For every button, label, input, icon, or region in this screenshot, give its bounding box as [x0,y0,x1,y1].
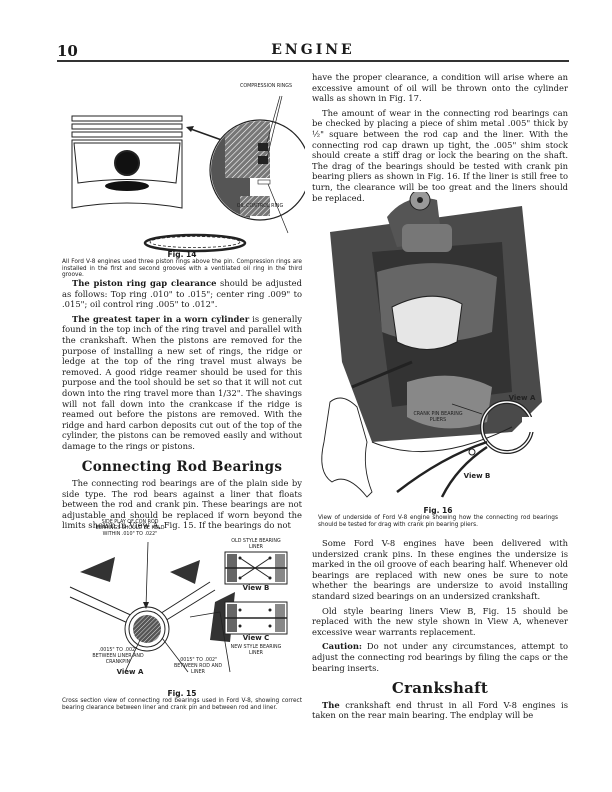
fig15-caption: Cross section view of connecting rod bea… [62,698,302,711]
fig14-caption: All Ford V-8 engines used three piston r… [62,259,302,279]
label-old-style: OLD STYLE BEARING LINER [228,539,284,551]
left-column-text: The piston ring gap clearance should be … [62,278,302,535]
label-side-play: SIDE PLAY OF CON ROD BEARINGS SHOULD BE … [90,520,170,537]
old-style-liners-paragraph: Old style bearing liners View B, Fig. 15… [312,606,568,638]
label-fig15-view-b: View B [236,586,276,592]
label-oil-control-ring: OIL CONTROL RING [220,204,300,210]
fig15-title: Fig. 15 [62,689,302,698]
page-header: 10 ENGINE [57,42,569,62]
running-head: ENGINE [257,42,369,58]
label-fig15-view-c: View C [236,636,276,642]
label-fig16-view-a: View A [502,396,542,402]
section-title-connecting-rod-bearings: Connecting Rod Bearings [62,462,302,473]
page-number: 10 [57,42,78,60]
piston-diagram-icon [60,78,305,253]
right-column-top-text: have the proper clearance, a condition w… [312,72,568,207]
clearance-continuation: have the proper clearance, a condition w… [312,72,568,104]
wear-check-paragraph: The amount of wear in the connecting rod… [312,108,568,203]
label-new-style: NEW STYLE BEARING LINER [228,645,284,657]
label-fig15-view-a: View A [110,670,150,676]
section-title-crankshaft: Crankshaft [312,683,568,694]
fig16-title: Fig. 16 [318,506,558,515]
label-rod-liner: .0015" TO .002" BETWEEN ROD AND LINER [168,658,228,675]
fig16-caption-block: Fig. 16 View of underside of Ford V-8 en… [318,506,558,528]
label-pliers: CRANK PIN BEARING PLIERS [412,412,464,424]
fig14-title: Fig. 14 [62,250,302,259]
header-rule [57,60,569,62]
fig15-illustration: SIDE PLAY OF CON ROD BEARINGS SHOULD BE … [60,522,305,682]
taper-lead: The greatest taper in a worn cylinder [72,314,249,324]
crankshaft-lead: The [322,700,340,710]
crankshaft-text: crankshaft end thrust in all Ford V-8 en… [312,700,568,721]
fig14-caption-block: Fig. 14 All Ford V-8 engines used three … [62,250,302,279]
label-compression-rings: COMPRESSION RINGS [226,84,306,90]
label-fig16-view-b: View B [457,474,497,480]
right-column-bottom-text: Some Ford V-8 engines have been delivere… [312,538,568,725]
engine-underside-pliers-icon [312,192,562,502]
piston-gap-lead: The piston ring gap clearance [72,278,216,288]
fig15-caption-block: Fig. 15 Cross section view of connecting… [62,689,302,711]
taper-text: is generally found in the top inch of th… [62,314,302,451]
fig14-illustration: COMPRESSION RINGS OIL CONTROL RING [60,78,305,253]
caution-lead: Caution: [322,641,362,651]
fig16-caption: View of underside of Ford V-8 engine sho… [318,515,558,528]
label-liner-crankpin: .0015" TO .002" BETWEEN LINER AND CRANKP… [88,648,148,665]
undersized-paragraph: Some Ford V-8 engines have been delivere… [312,538,568,602]
fig16-illustration: View A CRANK PIN BEARING PLIERS View B [312,192,562,502]
